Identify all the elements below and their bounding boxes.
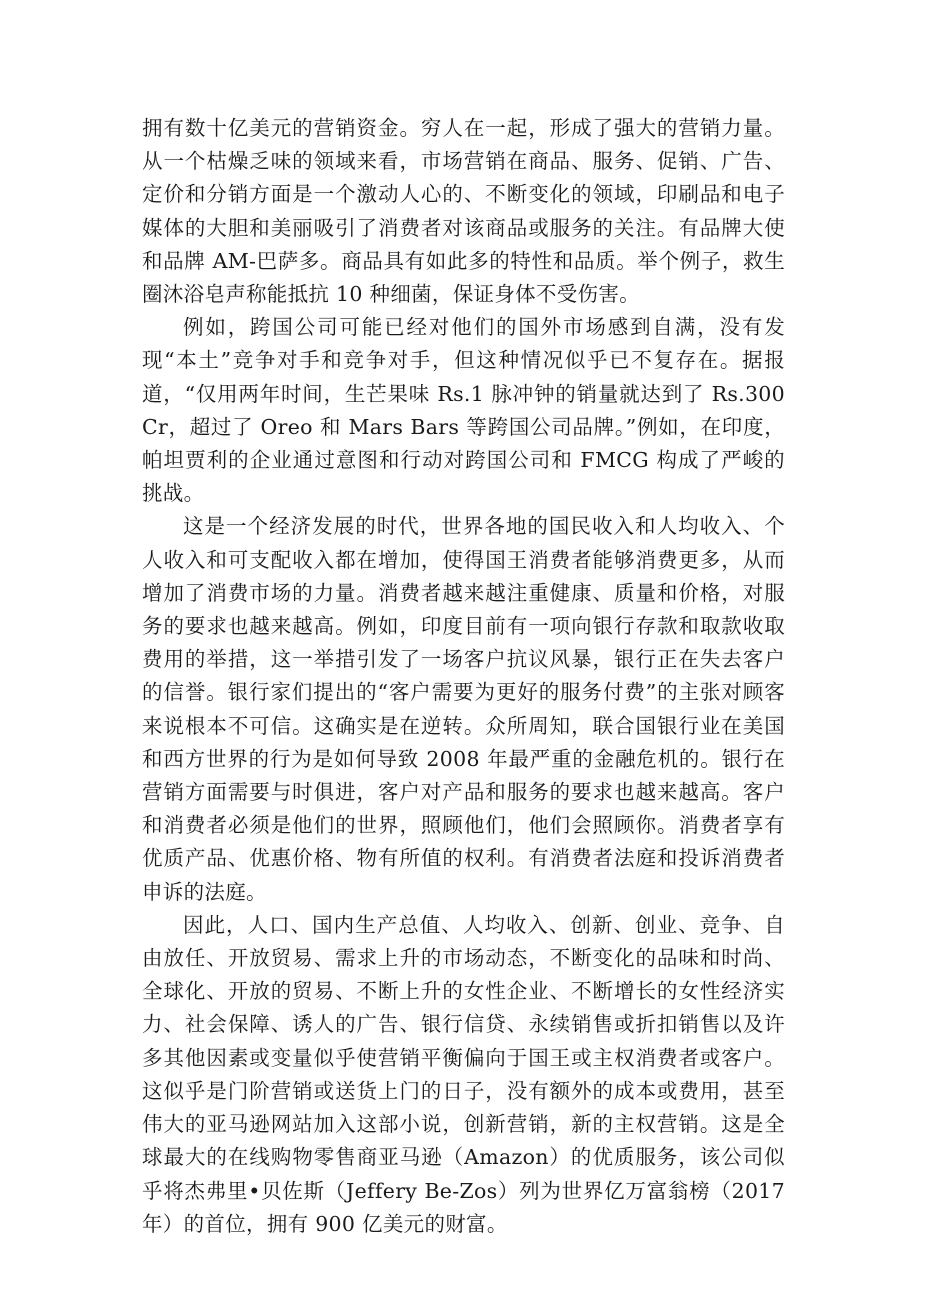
- document-page: 拥有数十亿美元的营销资金。穷人在一起，形成了强大的营销力量。从一个枯燥乏味的领域…: [142, 112, 785, 1241]
- paragraph-2: 例如，跨国公司可能已经对他们的国外市场感到自满，没有发现“本土”竞争对手和竞争对…: [142, 311, 785, 510]
- paragraph-4: 因此，人口、国内生产总值、人均收入、创新、创业、竞争、自由放任、开放贸易、需求上…: [142, 909, 785, 1241]
- paragraph-1: 拥有数十亿美元的营销资金。穷人在一起，形成了强大的营销力量。从一个枯燥乏味的领域…: [142, 112, 785, 311]
- paragraph-3: 这是一个经济发展的时代，世界各地的国民收入和人均收入、个人收入和可支配收入都在增…: [142, 510, 785, 908]
